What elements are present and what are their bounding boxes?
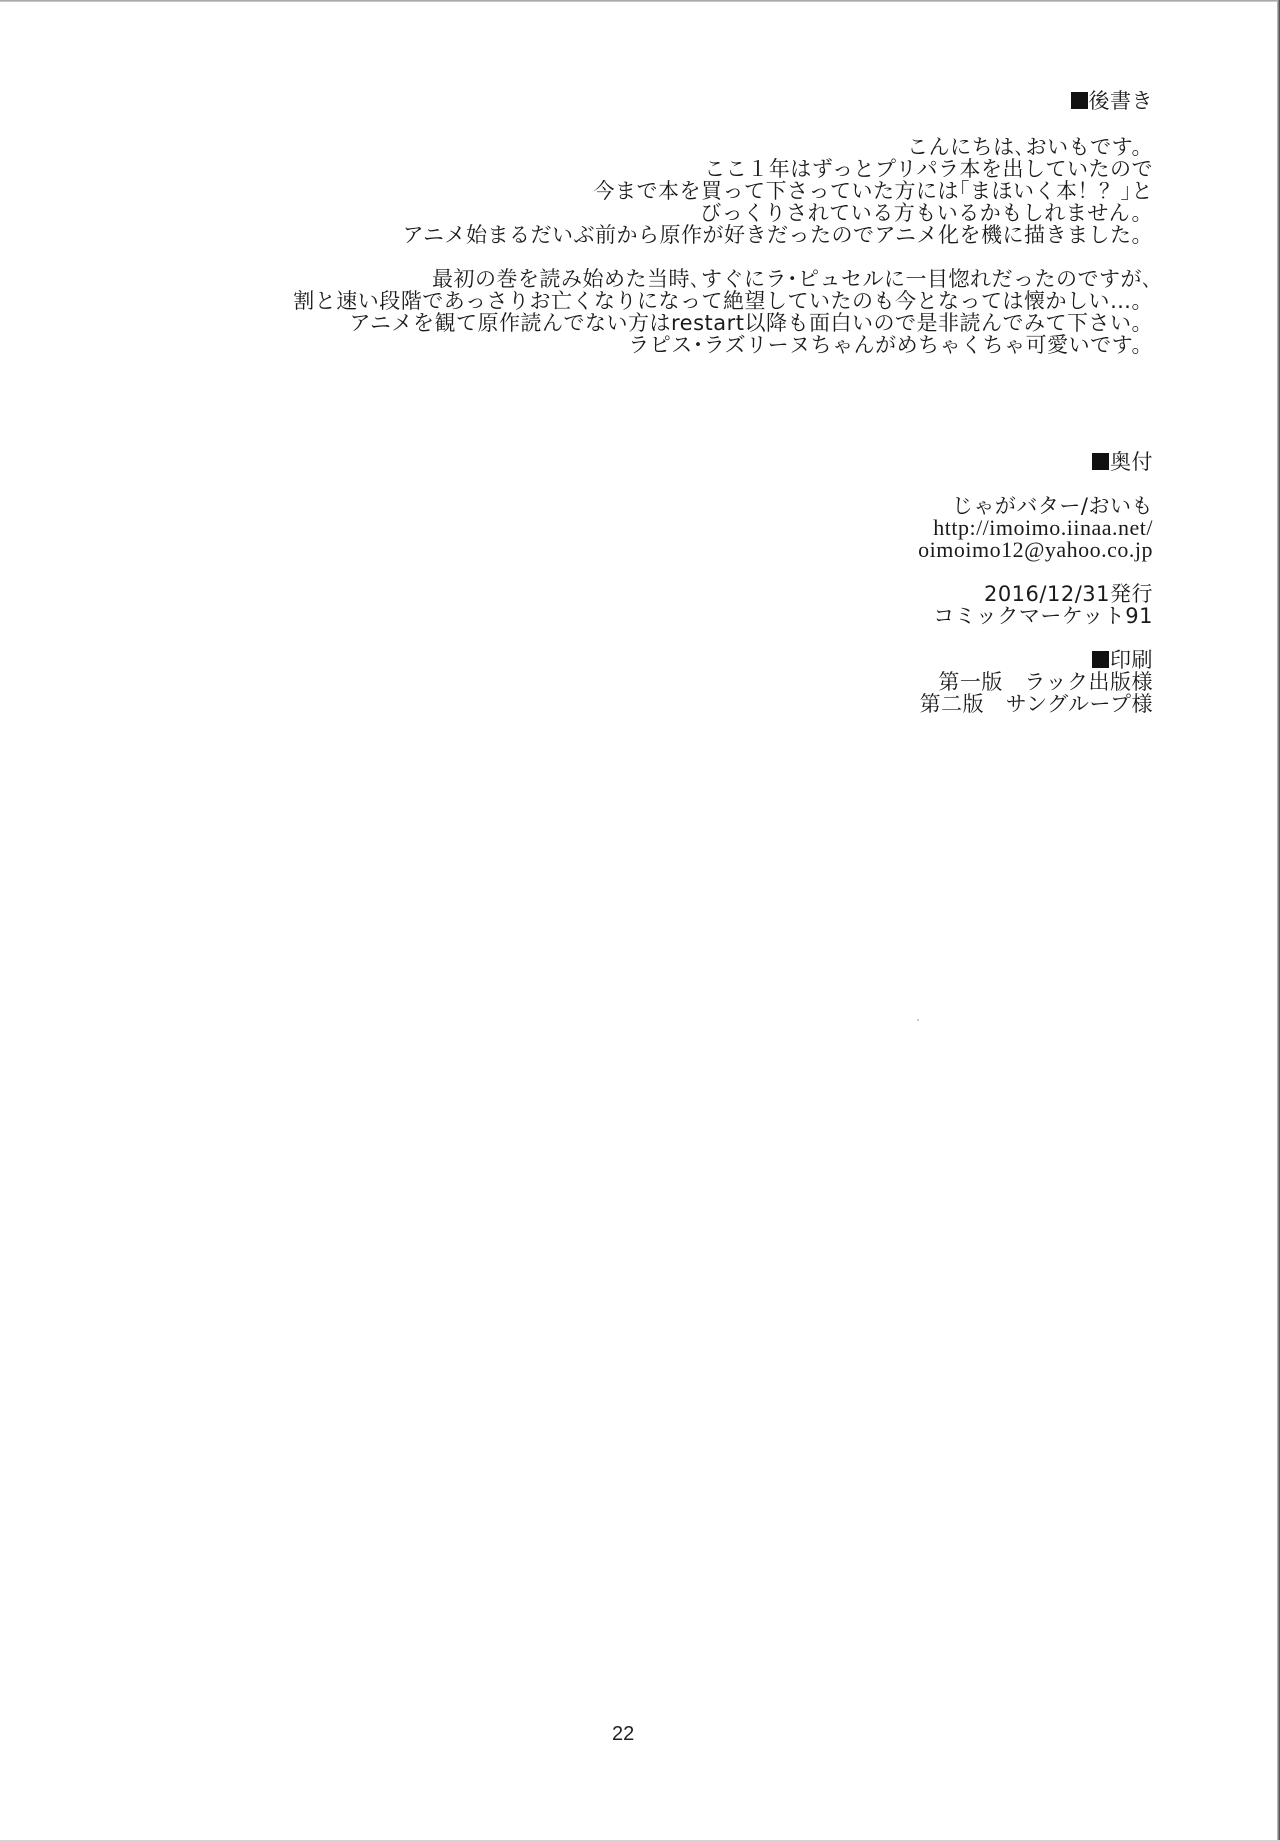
page-number: 22 <box>612 1722 634 1746</box>
afterword-line: ラピス･ラズリーヌちゃんがめちゃくちゃ可愛いです。 <box>293 334 1153 356</box>
afterword-body: こんにちは､おいもです。 ここ１年はずっとプリパラ本を出していたので 今まで本を… <box>293 136 1153 356</box>
afterword-line: 割と速い段階であっさりお亡くなりになって絶望していたのも今となっては懐かしい…。 <box>293 290 1153 312</box>
printing-line: 第一版 ラック出版様 <box>918 671 1153 693</box>
email-address: oimoimo12@yahoo.co.jp <box>918 539 1153 561</box>
colophon-body: じゃがバター/おいも http://imoimo.iinaa.net/ oimo… <box>918 495 1153 715</box>
black-square-bullet-icon <box>1092 651 1109 668</box>
colophon-heading-text: 奥付 <box>1110 450 1153 474</box>
scan-speck <box>917 1019 919 1021</box>
section-gap <box>918 561 1153 583</box>
printing-line: 第二版 サングループ様 <box>918 693 1153 715</box>
paragraph-gap <box>293 246 1153 268</box>
website-url: http://imoimo.iinaa.net/ <box>918 517 1153 539</box>
afterword-heading: 後書き <box>1071 89 1154 113</box>
afterword-line: アニメを観て原作読んでない方はrestart以降も面白いので是非読んでみて下さい… <box>293 312 1153 334</box>
publish-date: 2016/12/31発行 <box>918 583 1153 605</box>
afterword-line: アニメ始まるだいぶ前から原作が好きだったのでアニメ化を機に描きました。 <box>293 224 1153 246</box>
afterword-heading-text: 後書き <box>1089 89 1154 113</box>
page-edge-top <box>0 0 1280 2</box>
black-square-bullet-icon <box>1092 453 1109 470</box>
afterword-line: 今まで本を買って下さっていた方には｢まほいく本！？｣と <box>293 180 1153 202</box>
event-name: コミックマーケット91 <box>918 605 1153 627</box>
section-gap <box>918 627 1153 649</box>
afterword-line: びっくりされている方もいるかもしれません。 <box>293 202 1153 224</box>
afterword-line: ここ１年はずっとプリパラ本を出していたので <box>293 158 1153 180</box>
afterword-line: こんにちは､おいもです。 <box>293 136 1153 158</box>
black-square-bullet-icon <box>1071 92 1088 109</box>
colophon-heading: 奥付 <box>1092 450 1153 474</box>
afterword-line: 最初の巻を読み始めた当時､すぐにラ･ピュセルに一目惚れだったのですが､ <box>293 268 1153 290</box>
circle-author: じゃがバター/おいも <box>918 495 1153 517</box>
printing-heading-text: 印刷 <box>1110 648 1153 672</box>
printing-heading: 印刷 <box>918 649 1153 671</box>
